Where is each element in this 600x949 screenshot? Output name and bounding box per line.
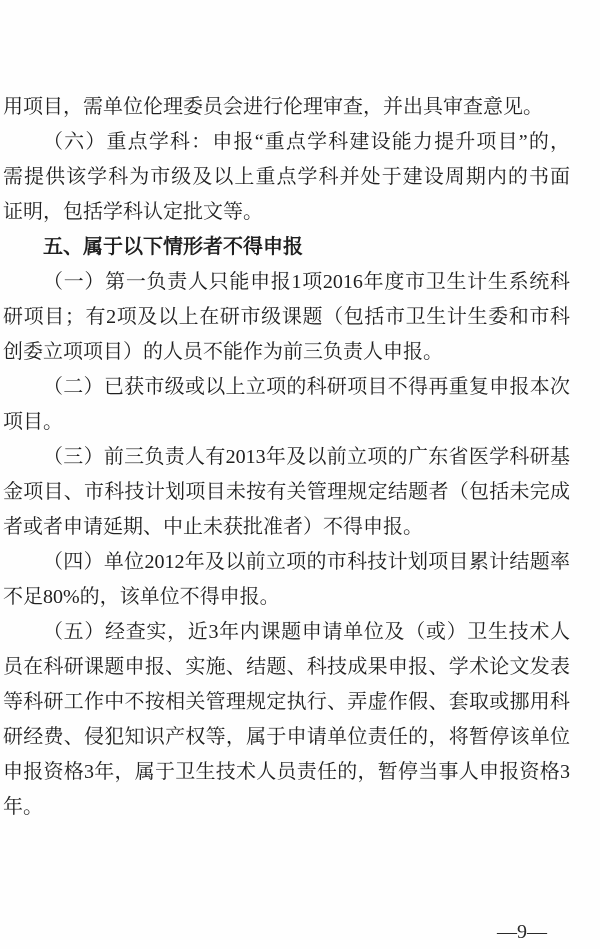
text-line-17: 员在科研课题申报、实施、结题、科技成果申报、学术论文发表	[3, 650, 570, 685]
text-line-19: 研经费、侵犯知识产权等，属于申请单位责任的，将暂停该单位	[3, 720, 570, 755]
text-line-15: 不足80%的，该单位不得申报。	[3, 580, 570, 615]
text-line-20: 申报资格3年，属于卫生技术人员责任的，暂停当事人申报资格3	[3, 755, 570, 790]
text-line-14: （四）单位2012年及以前立项的市科技计划项目累计结题率	[3, 545, 570, 580]
text-line-16: （五）经查实，近3年内课题申请单位及（或）卫生技术人	[3, 615, 570, 650]
text-line-4: 证明，包括学科认定批文等。	[3, 195, 570, 230]
section-heading: 五、属于以下情形者不得申报	[3, 230, 570, 265]
text-line-21: 年。	[3, 790, 570, 825]
page-number: —9—	[497, 921, 547, 943]
text-line-11: （三）前三负责人有2013年及以前立项的广东省医学科研基	[3, 440, 570, 475]
text-line-10: 项目。	[3, 405, 570, 440]
text-line-3: 需提供该学科为市级及以上重点学科并处于建设周期内的书面	[3, 160, 570, 195]
text-line-9: （二）已获市级或以上立项的科研项目不得再重复申报本次	[3, 370, 570, 405]
text-line-13: 者或者申请延期、中止未获批准者）不得申报。	[3, 510, 570, 545]
text-line-1: 用项目，需单位伦理委员会进行伦理审查，并出具审查意见。	[3, 90, 570, 125]
document-body: 用项目，需单位伦理委员会进行伦理审查，并出具审查意见。 （六）重点学科：申报“重…	[0, 0, 600, 825]
text-line-18: 等科研工作中不按相关管理规定执行、弄虚作假、套取或挪用科	[3, 685, 570, 720]
document-page: 用项目，需单位伦理委员会进行伦理审查，并出具审查意见。 （六）重点学科：申报“重…	[0, 0, 600, 949]
text-line-12: 金项目、市科技计划项目未按有关管理规定结题者（包括未完成	[3, 475, 570, 510]
text-line-2: （六）重点学科：申报“重点学科建设能力提升项目”的，	[3, 125, 570, 160]
text-line-6: （一）第一负责人只能申报1项2016年度市卫生计生系统科	[3, 265, 570, 300]
text-line-8: 创委立项项目）的人员不能作为前三负责人申报。	[3, 335, 570, 370]
text-line-7: 研项目；有2项及以上在研市级课题（包括市卫生计生委和市科	[3, 300, 570, 335]
